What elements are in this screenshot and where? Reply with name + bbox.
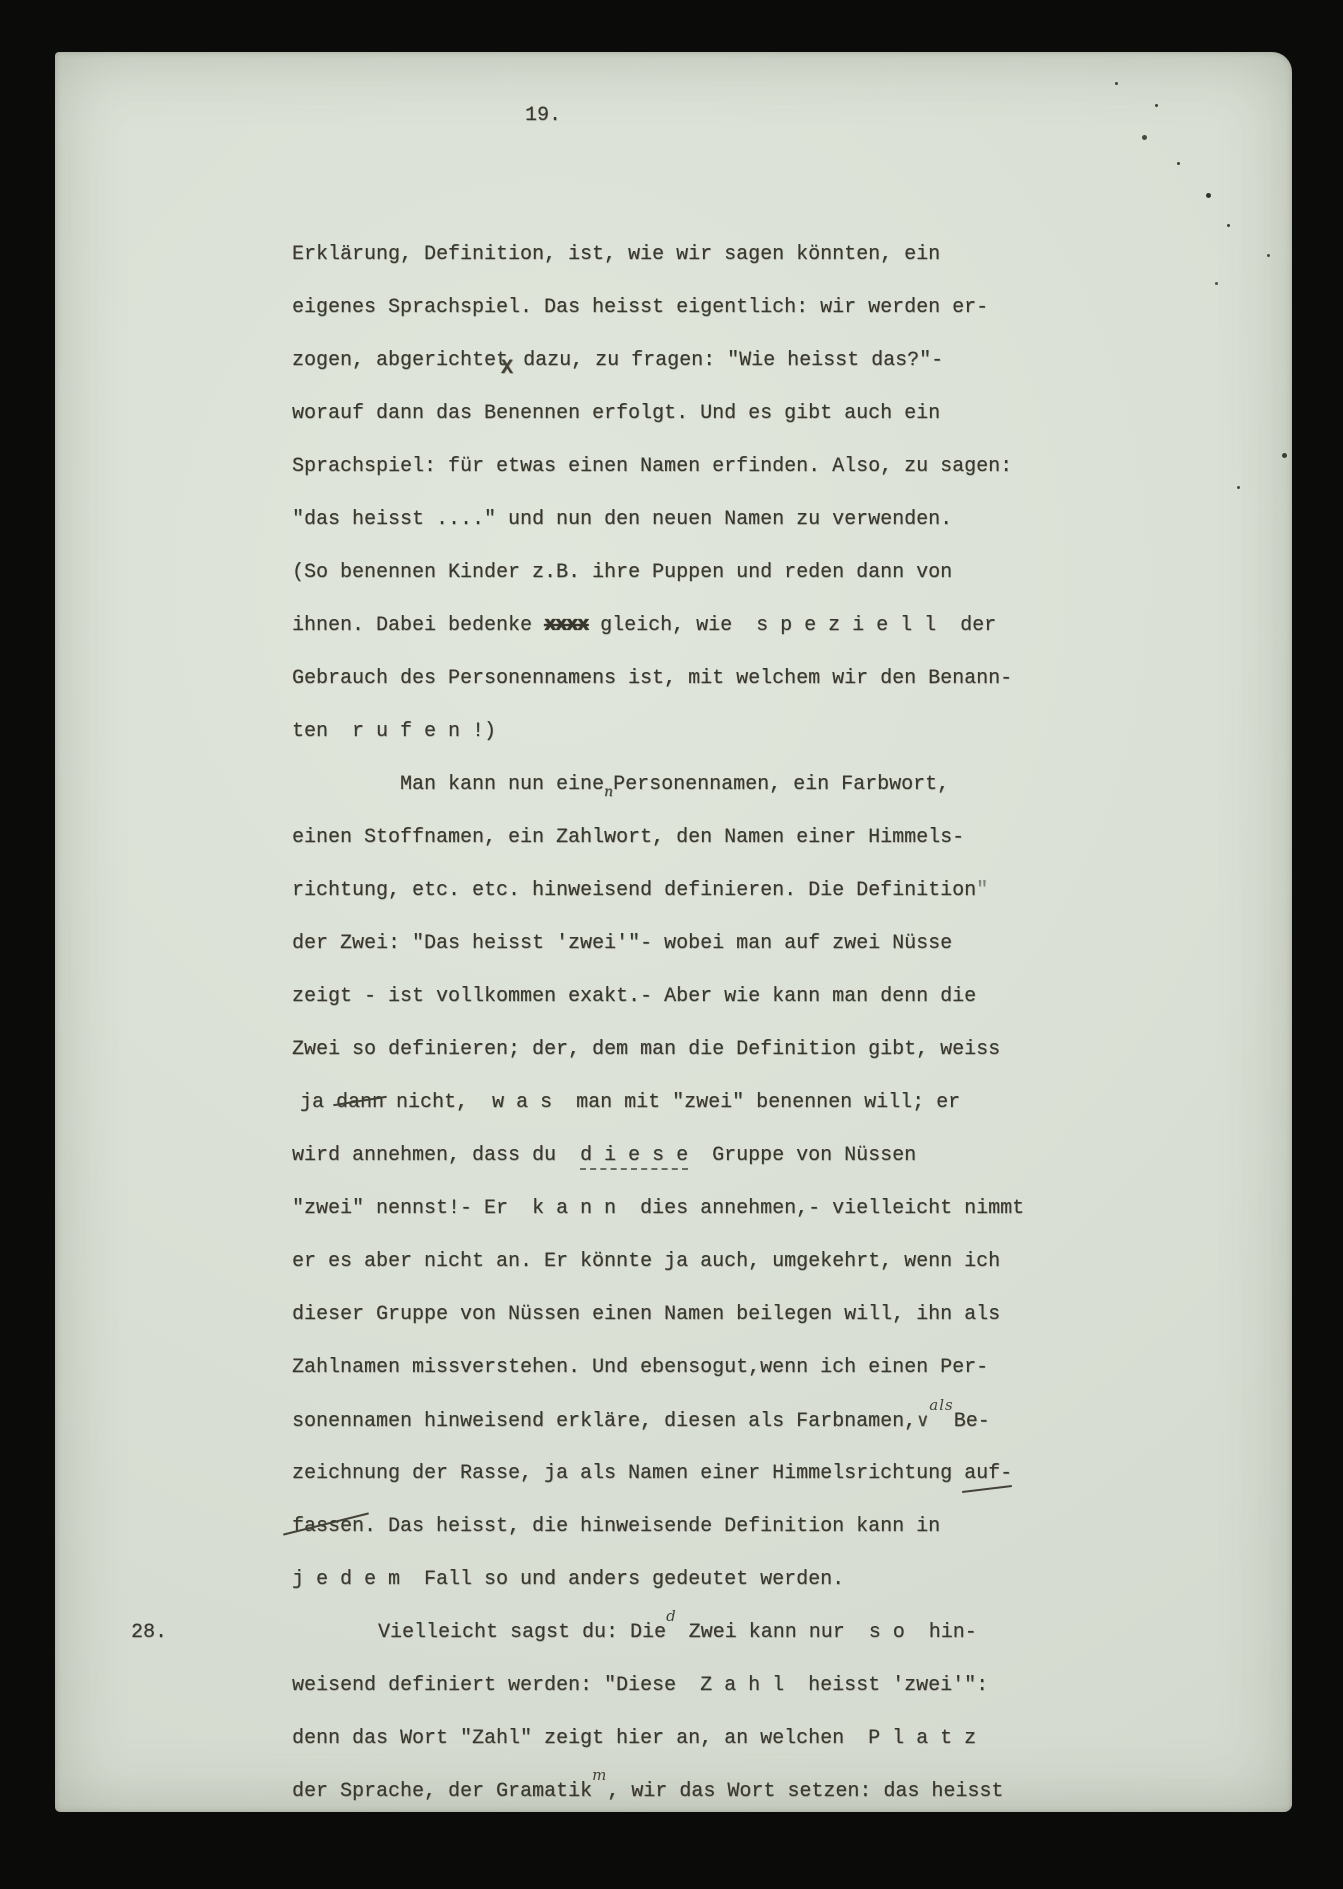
- text-line: der Zwei: "Das heisst 'zwei'"- wobei man…: [292, 917, 1252, 970]
- text-segment: zogen, abgerichtet: [292, 349, 508, 372]
- text-line: wird annehmen, dass du d i e s e Gruppe …: [292, 1129, 1252, 1182]
- text-segment: der Sprache, der Gra: [292, 1780, 532, 1803]
- handwritten-annotation: d: [666, 1607, 677, 1625]
- text-segment: , wir das Wort setzen: das heisst: [607, 1780, 1003, 1803]
- text-segment: Died: [630, 1621, 677, 1644]
- text-segment: ein⌐: [904, 243, 955, 266]
- text-line: worauf dann das Benennen erfolgt. Und es…: [292, 387, 1252, 440]
- text-line: dieser Gruppe von Nüssen einen Namen bei…: [292, 1288, 1252, 1341]
- text-segment: wird annehmen, dass du: [292, 1144, 580, 1167]
- text-segment: ihnen. Dabei bedenke: [292, 614, 544, 637]
- text-line: fassen. Das heisst, die hinweisende Defi…: [292, 1500, 1252, 1553]
- text-segment: gleich, wie s p e z i e l l der: [588, 614, 996, 637]
- text-line: denn das Wort "Zahl" zeigt hier an, an w…: [292, 1712, 1252, 1765]
- text-segment: nicht, w a s man mit "zwei" benennen wil…: [384, 1091, 960, 1114]
- text-segment: richtung, etc. etc. hinweisend definiere…: [292, 879, 976, 902]
- text-line: Erklärung, Definition, ist, wie wir sage…: [292, 228, 1252, 281]
- text-line: eigenes Sprachspiel. Das heisst eigentli…: [292, 281, 1252, 334]
- text-line: er es aber nicht an. Er könnte ja auch, …: [292, 1235, 1252, 1288]
- text-segment: einen Stoffnamen, ein Zahlwort, den Name…: [292, 826, 964, 849]
- text-segment: Gruppe von Nüssen: [688, 1144, 916, 1167]
- text-segment: Erklärung, Definition, ist, wie wir sage…: [292, 243, 904, 266]
- text-segment: Vielleicht sagst du:: [378, 1621, 630, 1644]
- text-segment-blot: xxxx: [544, 614, 588, 637]
- text-segment-pen: ∨als: [916, 1410, 954, 1431]
- text-line: ten r u f e n !): [292, 705, 1252, 758]
- text-segment: der Zwei: "Das heisst 'zwei'"- wobei man…: [292, 932, 952, 955]
- text-line: Sprachspiel: für etwas einen Namen erfin…: [292, 440, 1252, 493]
- text-segment: zeichnung der Rasse, ja als Namen einer …: [292, 1462, 964, 1485]
- text-segment: er es aber nicht an. Er könnte ja auch, …: [292, 1250, 1000, 1273]
- text-segment-dash-ul: d i e s e: [580, 1144, 688, 1170]
- text-segment: Gebrauch des Personennamens ist, mit wel…: [292, 667, 1012, 690]
- text-line: "das heisst ...." und nun den neuen Name…: [292, 493, 1252, 546]
- text-segment: j e d e m Fall so und anders gedeutet we…: [292, 1568, 844, 1591]
- text-segment: worauf dann das Benennen erfolgt. Und es…: [292, 402, 940, 425]
- text-line: Vielleicht sagst du: Died Zwei kann nur …: [292, 1606, 1252, 1659]
- text-line: zeichnung der Rasse, ja als Namen einer …: [292, 1447, 1252, 1500]
- text-segment: sonennamen hinweisend erkläre, diesen al…: [292, 1410, 916, 1433]
- text-segment: Zwei so definieren; der, dem man die Def…: [292, 1038, 1000, 1061]
- text-segment: Zahlnamen missverstehen. Und ebensogut,w…: [292, 1356, 988, 1379]
- text-line: richtung, etc. etc. hinweisend definiere…: [292, 864, 1252, 917]
- text-segment: Zwei kann nur s o hin-: [677, 1621, 977, 1644]
- text-line: sonennamen hinweisend erkläre, diesen al…: [292, 1394, 1252, 1447]
- text-line: einen Stoffnamen, ein Zahlwort, den Name…: [292, 811, 1252, 864]
- typewritten-text-block: Erklärung, Definition, ist, wie wir sage…: [292, 228, 1252, 1818]
- text-segment-slash: fassen: [292, 1500, 364, 1553]
- text-line: zogen, abgerichtetX dazu, zu fragen: "Wi…: [292, 334, 1252, 387]
- text-line: Gebrauch des Personennamens ist, mit wel…: [292, 652, 1252, 705]
- text-line: Zwei so definieren; der, dem man die Def…: [292, 1023, 1252, 1076]
- text-segment: dazu, zu fragen: "Wie heisst das?"-: [511, 349, 943, 372]
- text-line: ja dann nicht, w a s man mit "zwei" bene…: [292, 1076, 1252, 1129]
- text-segment: "das heisst ...." und nun den neuen Name…: [292, 508, 952, 531]
- text-line: Man kann nun einenPersonennamen, ein Far…: [292, 758, 1252, 811]
- text-segment: (So benennen Kinder z.B. ihre Puppen und…: [292, 561, 952, 584]
- text-segment: Sprachspiel: für etwas einen Namen erfin…: [292, 455, 1012, 478]
- text-segment: Personennamen, ein Farbwort,: [613, 773, 949, 796]
- handwritten-annotation: m: [592, 1766, 607, 1784]
- text-segment: "zwei" nennst!- Er k a n n dies annehmen…: [292, 1197, 1024, 1220]
- text-segment: Man kann nun eine: [400, 773, 604, 796]
- text-segment: weisend definiert werden: "Diese Z a h l…: [292, 1674, 988, 1697]
- text-segment-pen-ul: auf-: [964, 1447, 1012, 1500]
- text-segment-insert: n: [604, 784, 613, 800]
- text-line: der Sprache, der Gramatikm, wir das Wort…: [292, 1765, 1252, 1818]
- text-segment: ja: [300, 1091, 336, 1114]
- text-line: (So benennen Kinder z.B. ihre Puppen und…: [292, 546, 1252, 599]
- text-line: ihnen. Dabei bedenke xxxx gleich, wie s …: [292, 599, 1252, 652]
- page-number: 19.: [525, 104, 561, 128]
- text-segment-strike-diag: dann: [336, 1076, 384, 1129]
- text-line: "zwei" nennst!- Er k a n n dies annehmen…: [292, 1182, 1252, 1235]
- text-line: zeigt - ist vollkommen exakt.- Aber wie …: [292, 970, 1252, 1023]
- text-segment: Be-: [954, 1410, 990, 1433]
- margin-section-number: 28.: [131, 1606, 167, 1659]
- text-segment: zeigt - ist vollkommen exakt.- Aber wie …: [292, 985, 976, 1008]
- text-segment: eigenes Sprachspiel. Das heisst eigentli…: [292, 296, 988, 319]
- text-segment: denn das Wort "Zahl" zeigt hier an, an w…: [292, 1727, 976, 1750]
- text-segment-faint: ": [976, 879, 988, 902]
- text-line: weisend definiert werden: "Diese Z a h l…: [292, 1659, 1252, 1712]
- ink-speckles: [1115, 82, 1118, 85]
- text-segment: ten r u f e n !): [292, 720, 496, 743]
- text-segment: dieser Gruppe von Nüssen einen Namen bei…: [292, 1303, 1000, 1326]
- text-segment: . Das heisst, die hinweisende Definition…: [364, 1515, 940, 1538]
- handwritten-annotation: als: [929, 1396, 953, 1414]
- scanned-page-background: 19. 28. Erklärung, Definition, ist, wie …: [0, 0, 1343, 1889]
- text-line: Zahlnamen missverstehen. Und ebensogut,w…: [292, 1341, 1252, 1394]
- text-segment: matikm: [532, 1780, 607, 1803]
- paper-sheet: 19. 28. Erklärung, Definition, ist, wie …: [55, 52, 1292, 1812]
- text-line: j e d e m Fall so und anders gedeutet we…: [292, 1553, 1252, 1606]
